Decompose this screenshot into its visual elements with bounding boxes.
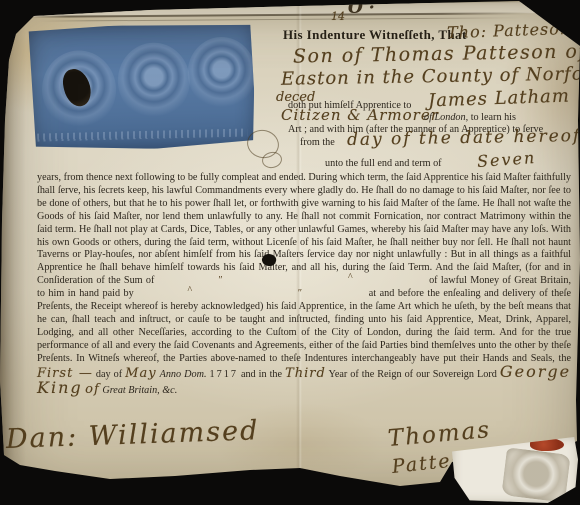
paper-seal — [501, 447, 570, 502]
document-parchment: 14 O · His Indenture Witneſſeth, That Th… — [0, 0, 580, 505]
parchment-vignette — [0, 0, 580, 505]
photograph-stage: 14 O · His Indenture Witneſſeth, That Th… — [0, 0, 580, 505]
